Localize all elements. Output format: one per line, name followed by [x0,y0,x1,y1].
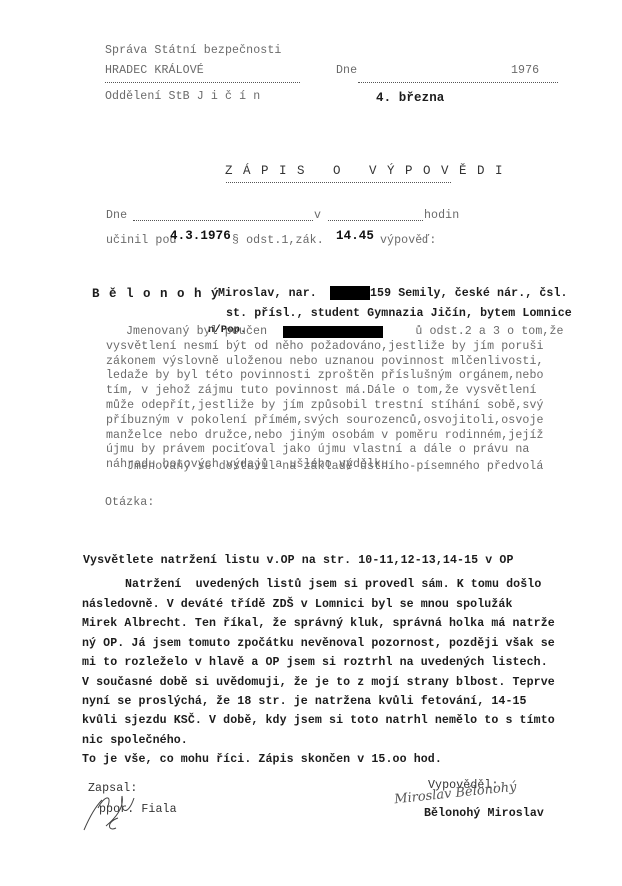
subject-firstname: Miroslav, nar. [218,287,317,301]
date-year: 1976 [511,64,539,78]
title-underline [226,182,451,183]
instruction-line: ledaže by byl této povinnosti zproštěn p… [106,369,544,383]
answer-line: mi to rozleželo v hlavě a OP jsem si roz… [82,656,548,670]
answer-line: Mirek Albrecht. Ten říkal, že správný kl… [82,617,555,631]
answer-line: V současné době si uvědomuji, že je to z… [82,676,555,690]
form-label-hodin: hodin [424,209,459,223]
document-page: Správa Státní bezpečnosti HRADEC KRÁLOVÉ… [0,0,622,886]
answer-line: následovně. V deváté třídě ZDŠ v Lomnici… [82,598,513,612]
answer-line: nyní se proslýchá, že 18 str. je natržen… [82,695,527,709]
document-title: Z Á P I S O V Ý P O V Ě D I [225,164,504,178]
instruction-line: manželce nebo družce,nebo jiným osobám v… [106,429,544,443]
department-name: Oddělení StB J i č í n [105,90,260,104]
city-underline [105,82,300,83]
instruction-line: tím, v jehož zájmu tuto povinnost má.Dál… [106,384,537,398]
date-underline [358,82,558,83]
instruction-line: Jmenovaný byl poučen ů odst.2 a 3 o tom,… [126,325,564,339]
answer-line: nic společného. [82,734,188,748]
date-handwritten: 4. března [376,91,444,105]
testified-by-name: Bělonohý Miroslav [424,807,544,821]
form-middle: § odst.1,zák. [232,234,324,248]
form-suffix: výpověď: [380,234,436,248]
subject-surname: B ě l o n o h ý [92,287,220,301]
questions-label: Otázka: [105,496,154,510]
city-name: HRADEC KRÁLOVÉ [105,64,204,78]
officer-signature [78,786,148,836]
instruction-line: zákonem výslovně uloženou nebo uznanou p… [106,355,544,369]
question-text: Vysvětlete natržení listu v.OP na str. 1… [83,554,514,568]
instruction-line: příbuzným v pokolení přímém,svých souroz… [106,414,544,428]
office-name: Správa Státní bezpečnosti [105,44,281,58]
answer-line: Natržení uvedených listů jsem si provedl… [125,578,541,592]
stamp-time: 14.45 [336,229,374,243]
form-v-blank [328,220,423,221]
subject-line2: st. přísl., student Gymnazia Jičín, byte… [226,307,572,321]
redaction-birthdate [330,286,370,300]
answer-line: To je vše, co mohu říci. Zápis skončen v… [82,753,442,767]
subject-line1-rest: 159 Semily, české nár., čsl. [370,287,568,301]
instruction-line: újmu by právem pociťoval jako újmu vlast… [106,443,529,457]
date-label: Dne [336,64,357,78]
summons-line: Jmenovaný se dostavil na základě ústního… [127,460,543,474]
form-label-v: v [314,209,321,223]
form-prefix: učinil pod [106,234,177,248]
form-dne-blank [133,220,313,221]
instruction-line: může odepřít,jestliže by jím způsobil tr… [106,399,544,413]
stamp-date: 4.3.1976 [170,229,231,243]
form-label-dne: Dne [106,209,127,223]
answer-line: kvůli sjezdu KSČ. V době, kdy jsem si to… [82,714,555,728]
instruction-line: vysvětlení nesmí být od něho požadováno,… [106,340,544,354]
answer-line: ný OP. Já jsem tomuto zpočátku nevěnoval… [82,637,555,651]
